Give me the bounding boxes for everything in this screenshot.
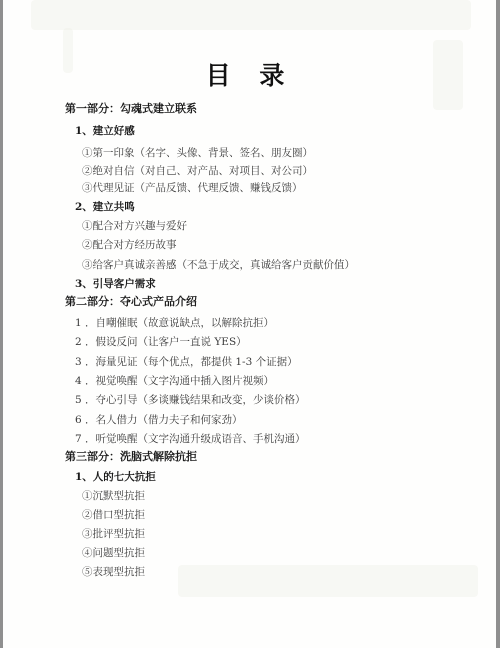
list-item: ①第一印象（名字、头像、背景、签名、朋友圈） xyxy=(82,146,313,160)
scan-artifact xyxy=(178,565,478,597)
section-heading: 2、建立共鸣 xyxy=(75,200,135,214)
list-item: ①沉默型抗拒 xyxy=(82,489,145,503)
part-1-heading: 第一部分：勾魂式建立联系 xyxy=(65,102,197,116)
list-item: 1 ．自嘲催眠（故意说缺点，以解除抗拒） xyxy=(75,316,274,330)
page-border-right xyxy=(496,0,500,648)
part-3-heading: 第三部分：洗脑式解除抗拒 xyxy=(65,450,197,464)
list-item: ②配合对方经历故事 xyxy=(82,238,177,252)
list-item: 3 ．海量见证（每个优点，都提供 1-3 个证据） xyxy=(75,355,298,369)
list-item: 7 ．听觉唤醒（文字沟通升级成语音、手机沟通） xyxy=(75,432,306,446)
list-item: ③代理见证（产品反馈、代理反馈、赚钱反馈） xyxy=(82,181,303,195)
list-item: ⑤表现型抗拒 xyxy=(82,565,145,579)
list-item: 4 ．视觉唤醒（文字沟通中插入图片视频） xyxy=(75,374,274,388)
scan-artifact xyxy=(31,0,471,30)
list-item: ②绝对自信（对自己、对产品、对项目、对公司） xyxy=(82,164,313,178)
list-item: ②借口型抗拒 xyxy=(82,508,145,522)
list-item: ④问题型抗拒 xyxy=(82,546,145,560)
list-item: 5 ．夺心引导（多谈赚钱结果和改变，少谈价格） xyxy=(75,393,306,407)
list-item: ③批评型抗拒 xyxy=(82,527,145,541)
section-heading: 1、建立好感 xyxy=(75,124,135,138)
part-2-heading: 第二部分：夺心式产品介绍 xyxy=(65,295,197,309)
list-item: ①配合对方兴趣与爱好 xyxy=(82,219,187,233)
list-item: ③给客户真诚亲善感（不急于成交，真诚给客户贡献价值） xyxy=(82,258,355,272)
section-heading: 1、人的七大抗拒 xyxy=(75,470,156,484)
list-item: 2 ．假设反问（让客户一直说 YES） xyxy=(75,335,247,349)
page-title: 目 录 xyxy=(0,56,500,92)
list-item: 6 ．名人借力（借力夫子和何家劲） xyxy=(75,413,243,427)
section-heading: 3、引导客户需求 xyxy=(75,277,156,291)
